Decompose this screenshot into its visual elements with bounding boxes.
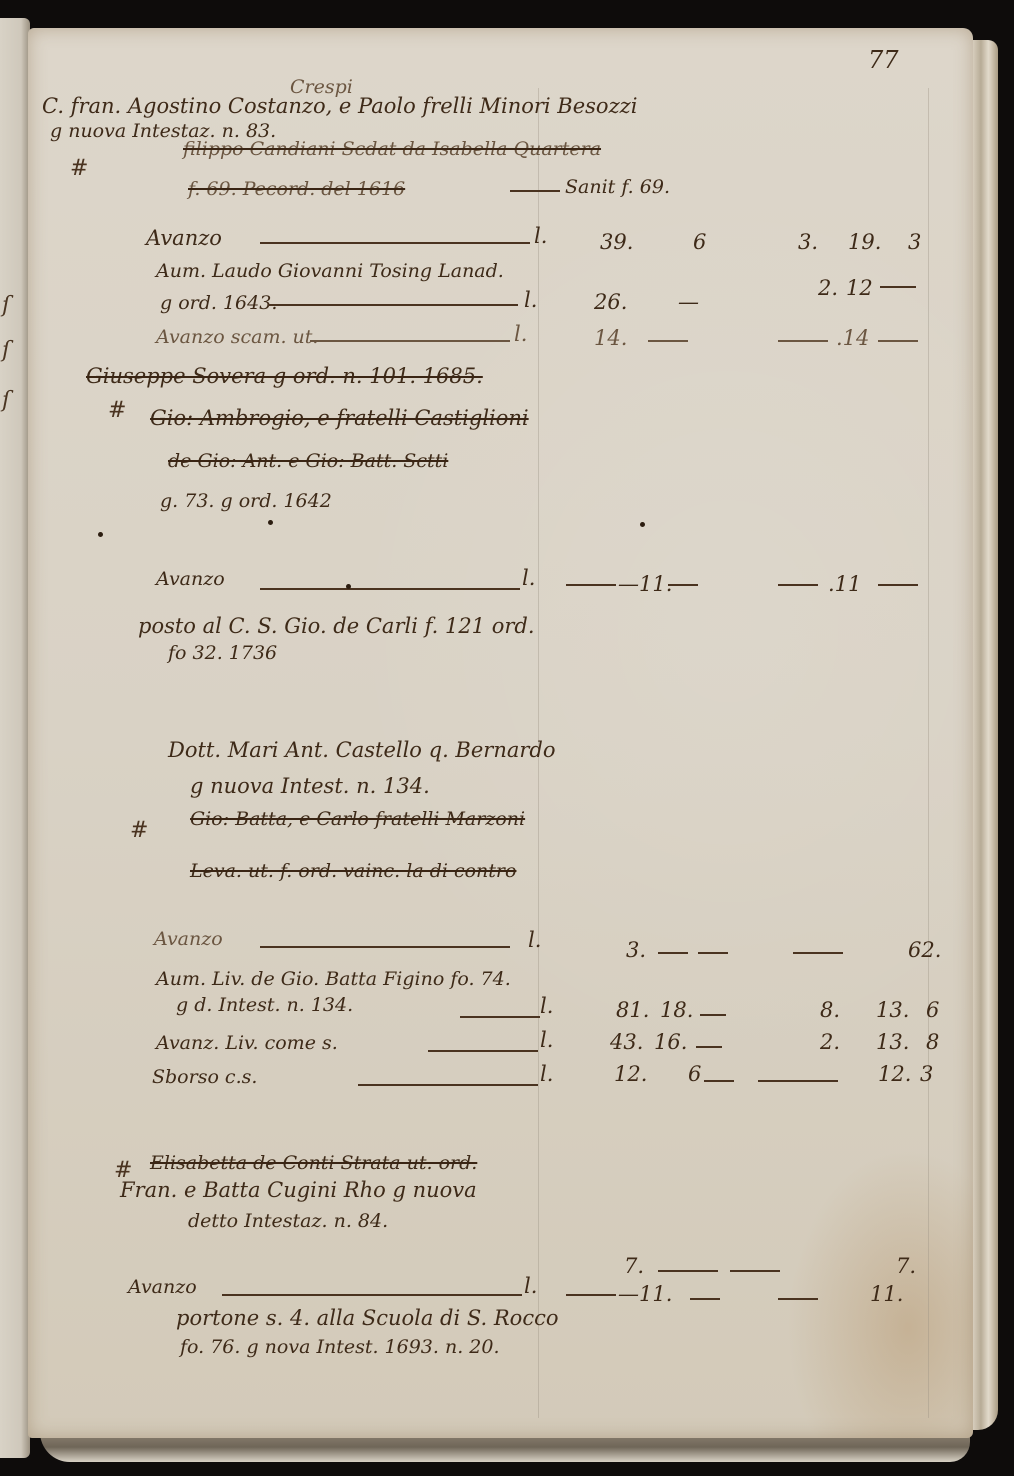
- entry1-struck-name: filippo Candiani Scdat da Isabella Quart…: [183, 138, 601, 160]
- amount-col5: 13.: [876, 998, 909, 1022]
- leader-line: [730, 1270, 780, 1272]
- amount-col6: 6: [926, 998, 939, 1022]
- leader-line: [758, 1080, 838, 1082]
- amount-col5: 12: [846, 276, 873, 300]
- amount-col5: 19.: [848, 230, 881, 254]
- leader-line: [648, 340, 688, 342]
- entry2-struck-line2: Gio: Ambrogio, e fratelli Castiglioni: [150, 406, 529, 430]
- amount-col5: 12.: [878, 1062, 911, 1086]
- leader-line: [778, 584, 818, 586]
- ink-blot: [346, 584, 351, 589]
- amount-col5: .11: [828, 572, 861, 596]
- ink-blot: [98, 532, 103, 537]
- amount-col6: 11.: [870, 1282, 903, 1306]
- amount-soldi: 16.: [654, 1030, 687, 1054]
- entry4-note-line2: fo. 76. g nova Intest. 1693. n. 20.: [180, 1336, 500, 1358]
- leader-line: [878, 584, 918, 586]
- row-label: Aum. Liv. de Gio. Batta Figino fo. 74.: [156, 968, 511, 990]
- entry1-struck-ref: f. 69. Pecord. del 1616: [188, 178, 405, 200]
- amount-lire: 3.: [626, 938, 646, 962]
- row-unit: l.: [524, 1274, 537, 1298]
- amount-soldi: 6: [693, 230, 706, 254]
- amount-lire: 7.: [624, 1254, 644, 1278]
- facing-page-mark: ſ: [2, 338, 10, 363]
- leader-line: [793, 952, 843, 954]
- row-label: g ord. 1643.: [160, 292, 277, 314]
- amount-col5: 13.: [876, 1030, 909, 1054]
- leader-line: [668, 584, 698, 586]
- entry3-struck-line4: Leva. ut. f. ord. vainc. la di contro: [190, 860, 516, 882]
- amount-col4: 8.: [820, 998, 840, 1022]
- leader-line: [878, 340, 918, 342]
- amount-col6: 8: [926, 1030, 939, 1054]
- leader-line: [566, 1294, 616, 1296]
- facing-page-edge: ſ ſ ſ: [0, 18, 30, 1458]
- amount-lire: 26.: [594, 290, 627, 314]
- amount-col6: 3: [908, 230, 921, 254]
- entry4-heading-line2: Fran. e Batta Cugini Rho g nuova: [120, 1178, 477, 1202]
- entry3-heading-line1: Dott. Mari Ant. Castello q. Bernardo: [168, 738, 556, 762]
- entry2-note-line2: fo 32. 1736: [168, 642, 277, 664]
- margin-hash-mark: #: [130, 818, 148, 843]
- page-number: 77: [868, 46, 899, 74]
- amount-col4: 2.: [818, 276, 838, 300]
- amount-col6: 7.: [896, 1254, 916, 1278]
- leader-line: [260, 588, 520, 590]
- entry4-note-line1: portone s. 4. alla Scuola di S. Rocco: [176, 1306, 559, 1330]
- amount-soldi: 6: [688, 1062, 701, 1086]
- amount-lire: 12.: [614, 1062, 647, 1086]
- facing-page-mark: ſ: [2, 293, 10, 318]
- leader-line: [428, 1050, 538, 1052]
- row-unit: l.: [534, 224, 547, 248]
- leader-line: [510, 190, 560, 192]
- amount-col5: .14: [836, 326, 869, 350]
- row-label: Avanzo: [128, 1276, 197, 1298]
- row-label: Avanzo: [156, 568, 225, 590]
- amount-soldi: 18.: [660, 998, 693, 1022]
- leader-line: [696, 1046, 722, 1048]
- entry4-heading-line3: detto Intestaz. n. 84.: [188, 1210, 388, 1232]
- row-label: Avanz. Liv. come s.: [156, 1032, 338, 1054]
- entry1-note-right: Sanit f. 69.: [565, 176, 670, 198]
- leader-line: [310, 340, 510, 342]
- manuscript-page: 77 # Crespi C. fran. Agostino Costanzo, …: [28, 28, 973, 1438]
- entry2-struck-line1: Giuseppe Sovera g ord. n. 101. 1685.: [86, 364, 483, 388]
- row-unit: l.: [540, 994, 553, 1018]
- entry3-struck-line3: Gio: Batta, e Carlo fratelli Marzoni: [190, 808, 525, 830]
- ink-blot: [640, 522, 645, 527]
- leader-line: [690, 1298, 720, 1300]
- entry3-heading-line2: g nuova Intest. n. 134.: [190, 774, 430, 798]
- entry4-struck-line1: Elisabetta de Conti Strata ut. ord.: [150, 1152, 477, 1174]
- row-label: Avanzo scam. ut.: [156, 326, 318, 348]
- entry2-note-line1: posto al C. S. Gio. de Carli f. 121 ord.: [138, 614, 535, 638]
- leader-line: [880, 286, 916, 288]
- row-label: Avanzo: [154, 928, 223, 950]
- amount-col4: 3.: [798, 230, 818, 254]
- leader-line: [268, 304, 518, 306]
- entry2-line4: g. 73. g ord. 1642: [160, 490, 332, 512]
- row-unit: l.: [540, 1028, 553, 1052]
- amount-soldi: —: [678, 290, 699, 314]
- ruled-line: [928, 88, 929, 1418]
- leader-line: [658, 952, 688, 954]
- row-label: Sborso c.s.: [152, 1066, 257, 1088]
- row-label: g d. Intest. n. 134.: [176, 994, 353, 1016]
- leader-line: [358, 1084, 538, 1086]
- leader-line: [658, 1270, 718, 1272]
- leader-line: [704, 1080, 734, 1082]
- amount-col4: 2.: [820, 1030, 840, 1054]
- amount-lire: 39.: [600, 230, 633, 254]
- leader-line: [260, 242, 530, 244]
- row-unit: l.: [514, 322, 527, 346]
- leader-line: [778, 340, 828, 342]
- margin-hash-mark: #: [108, 398, 126, 423]
- amount-lire: 81.: [616, 998, 649, 1022]
- leader-line: [460, 1016, 540, 1018]
- amount-lire: —11.: [618, 572, 672, 596]
- leader-line: [698, 952, 728, 954]
- row-label: Avanzo: [146, 226, 222, 250]
- leader-line: [566, 584, 616, 586]
- leader-line: [260, 946, 510, 948]
- amount-lire: —11.: [618, 1282, 672, 1306]
- amount-col6: 62.: [908, 938, 941, 962]
- entry1-heading-line1: C. fran. Agostino Costanzo, e Paolo frel…: [42, 94, 637, 118]
- row-unit: l.: [528, 928, 541, 952]
- ink-blot: [268, 520, 273, 525]
- row-unit: l.: [540, 1062, 553, 1086]
- entry2-struck-line3: de Gio: Ant. e Gio: Batt. Sctti: [168, 450, 448, 472]
- margin-hash-mark: #: [70, 156, 88, 181]
- leader-line: [700, 1014, 726, 1016]
- amount-lire: 43.: [610, 1030, 643, 1054]
- row-unit: l.: [522, 566, 535, 590]
- leader-line: [778, 1298, 818, 1300]
- row-label: Aum. Laudo Giovanni Tosing Lanad.: [156, 260, 504, 282]
- leader-line: [222, 1294, 522, 1296]
- row-unit: l.: [524, 288, 537, 312]
- amount-col6: 3: [920, 1062, 933, 1086]
- amount-lire: 14.: [594, 326, 627, 350]
- facing-page-mark: ſ: [2, 388, 10, 413]
